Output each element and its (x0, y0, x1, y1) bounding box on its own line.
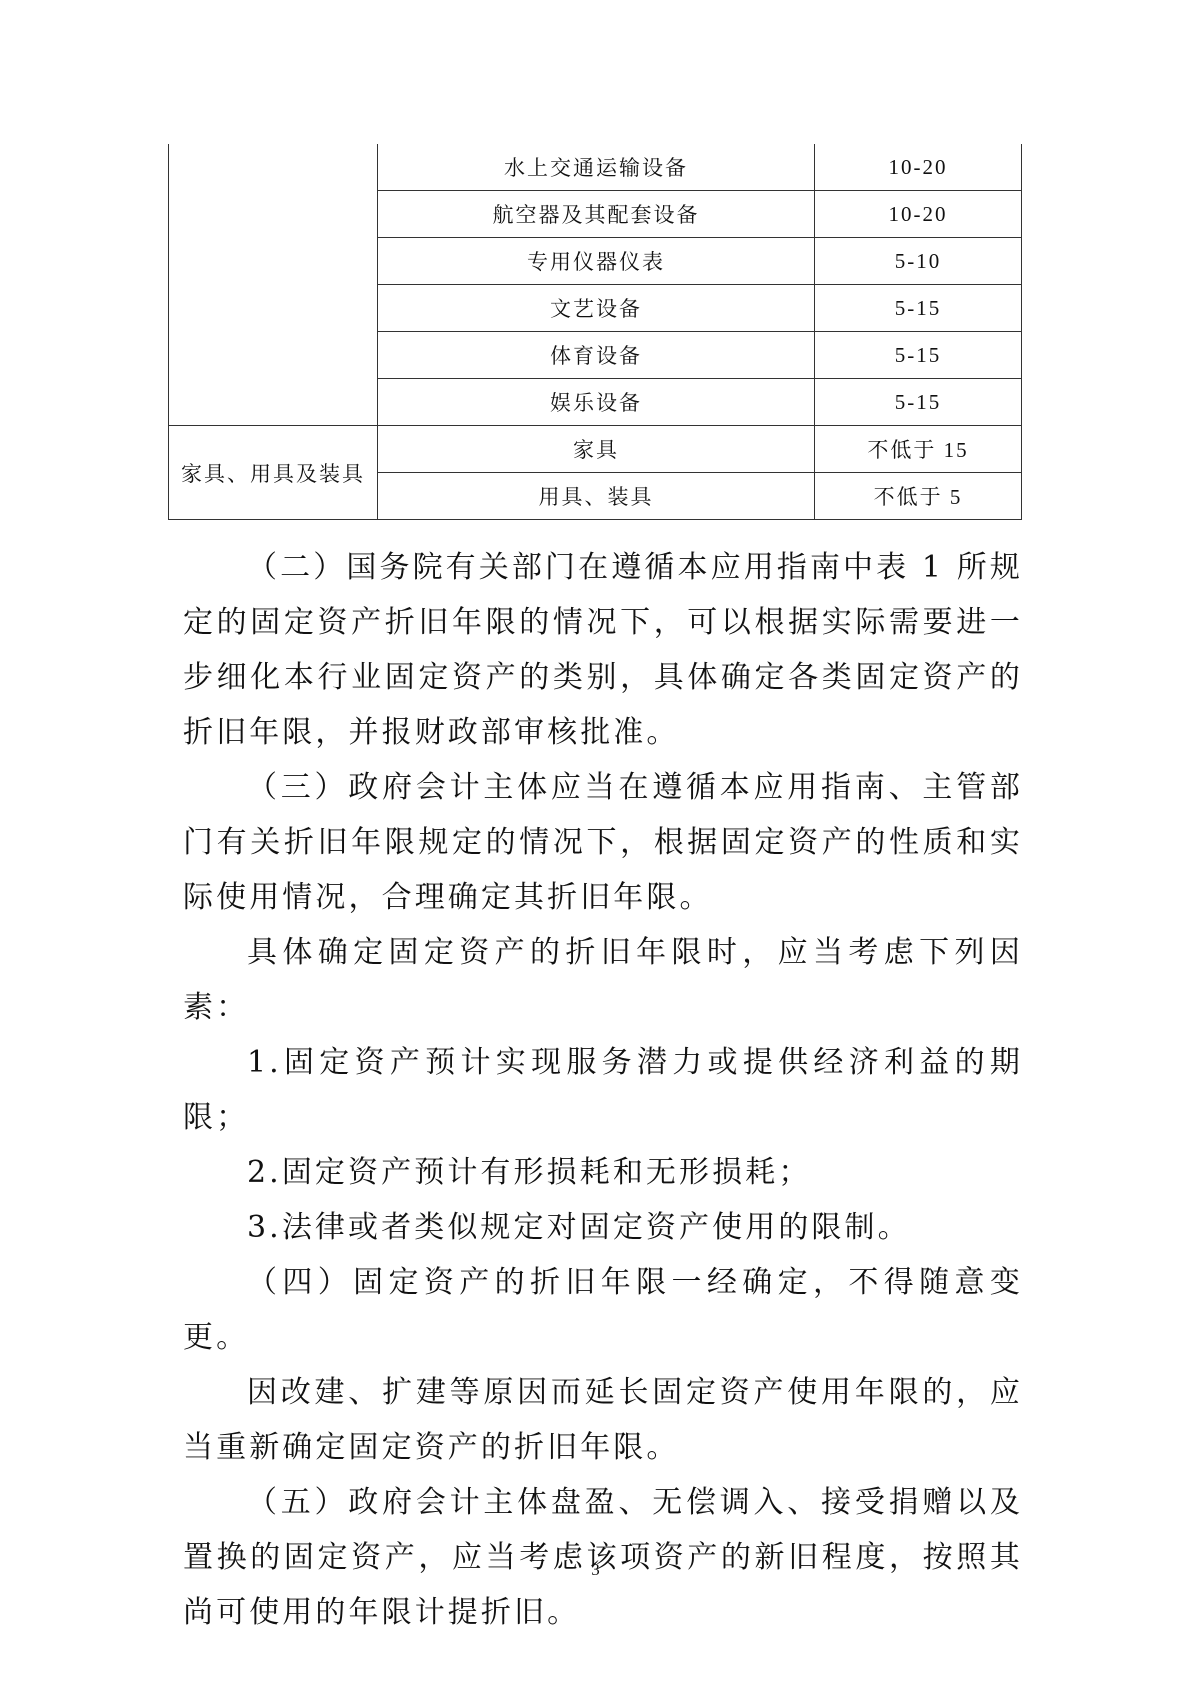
item-cell: 体育设备 (378, 332, 815, 379)
years-cell: 10-20 (815, 191, 1022, 238)
category-cell-equipment (169, 144, 378, 426)
table-row: 家具、用具及装具 家具 不低于 15 (169, 426, 1022, 473)
paragraph-factors-intro: 具体确定固定资产的折旧年限时，应当考虑下列因素： (183, 925, 1023, 1035)
years-cell: 不低于 15 (815, 426, 1022, 473)
paragraph-4-extension: 因改建、扩建等原因而延长固定资产使用年限的，应当重新确定固定资产的折旧年限。 (183, 1365, 1023, 1475)
item-cell: 用具、装具 (378, 473, 815, 520)
item-cell: 娱乐设备 (378, 379, 815, 426)
list-item-2: 2.固定资产预计有形损耗和无形损耗； (183, 1145, 1023, 1200)
years-cell: 5-10 (815, 238, 1022, 285)
item-cell: 专用仪器仪表 (378, 238, 815, 285)
item-cell: 水上交通运输设备 (378, 144, 815, 191)
years-cell: 5-15 (815, 379, 1022, 426)
paragraph-5: （五）政府会计主体盘盈、无偿调入、接受捐赠以及置换的固定资产，应当考虑该项资产的… (183, 1475, 1023, 1640)
depreciation-table: 水上交通运输设备 10-20 航空器及其配套设备 10-20 专用仪器仪表 5-… (168, 144, 1022, 520)
paragraph-2: （二）国务院有关部门在遵循本应用指南中表 1 所规定的固定资产折旧年限的情况下，… (183, 540, 1023, 760)
paragraph-3: （三）政府会计主体应当在遵循本应用指南、主管部门有关折旧年限规定的情况下，根据固… (183, 760, 1023, 925)
item-cell: 航空器及其配套设备 (378, 191, 815, 238)
body-text: （二）国务院有关部门在遵循本应用指南中表 1 所规定的固定资产折旧年限的情况下，… (183, 540, 1023, 1640)
table-row: 水上交通运输设备 10-20 (169, 144, 1022, 191)
category-cell-furniture: 家具、用具及装具 (169, 426, 378, 520)
years-cell: 10-20 (815, 144, 1022, 191)
years-cell: 5-15 (815, 285, 1022, 332)
item-cell: 家具 (378, 426, 815, 473)
page-number: 3 (0, 1560, 1191, 1580)
years-cell: 5-15 (815, 332, 1022, 379)
document-page: 水上交通运输设备 10-20 航空器及其配套设备 10-20 专用仪器仪表 5-… (0, 0, 1191, 1684)
item-cell: 文艺设备 (378, 285, 815, 332)
years-cell: 不低于 5 (815, 473, 1022, 520)
list-item-3: 3.法律或者类似规定对固定资产使用的限制。 (183, 1200, 1023, 1255)
list-item-1: 1.固定资产预计实现服务潜力或提供经济利益的期限； (183, 1035, 1023, 1145)
paragraph-4: （四）固定资产的折旧年限一经确定，不得随意变更。 (183, 1255, 1023, 1365)
